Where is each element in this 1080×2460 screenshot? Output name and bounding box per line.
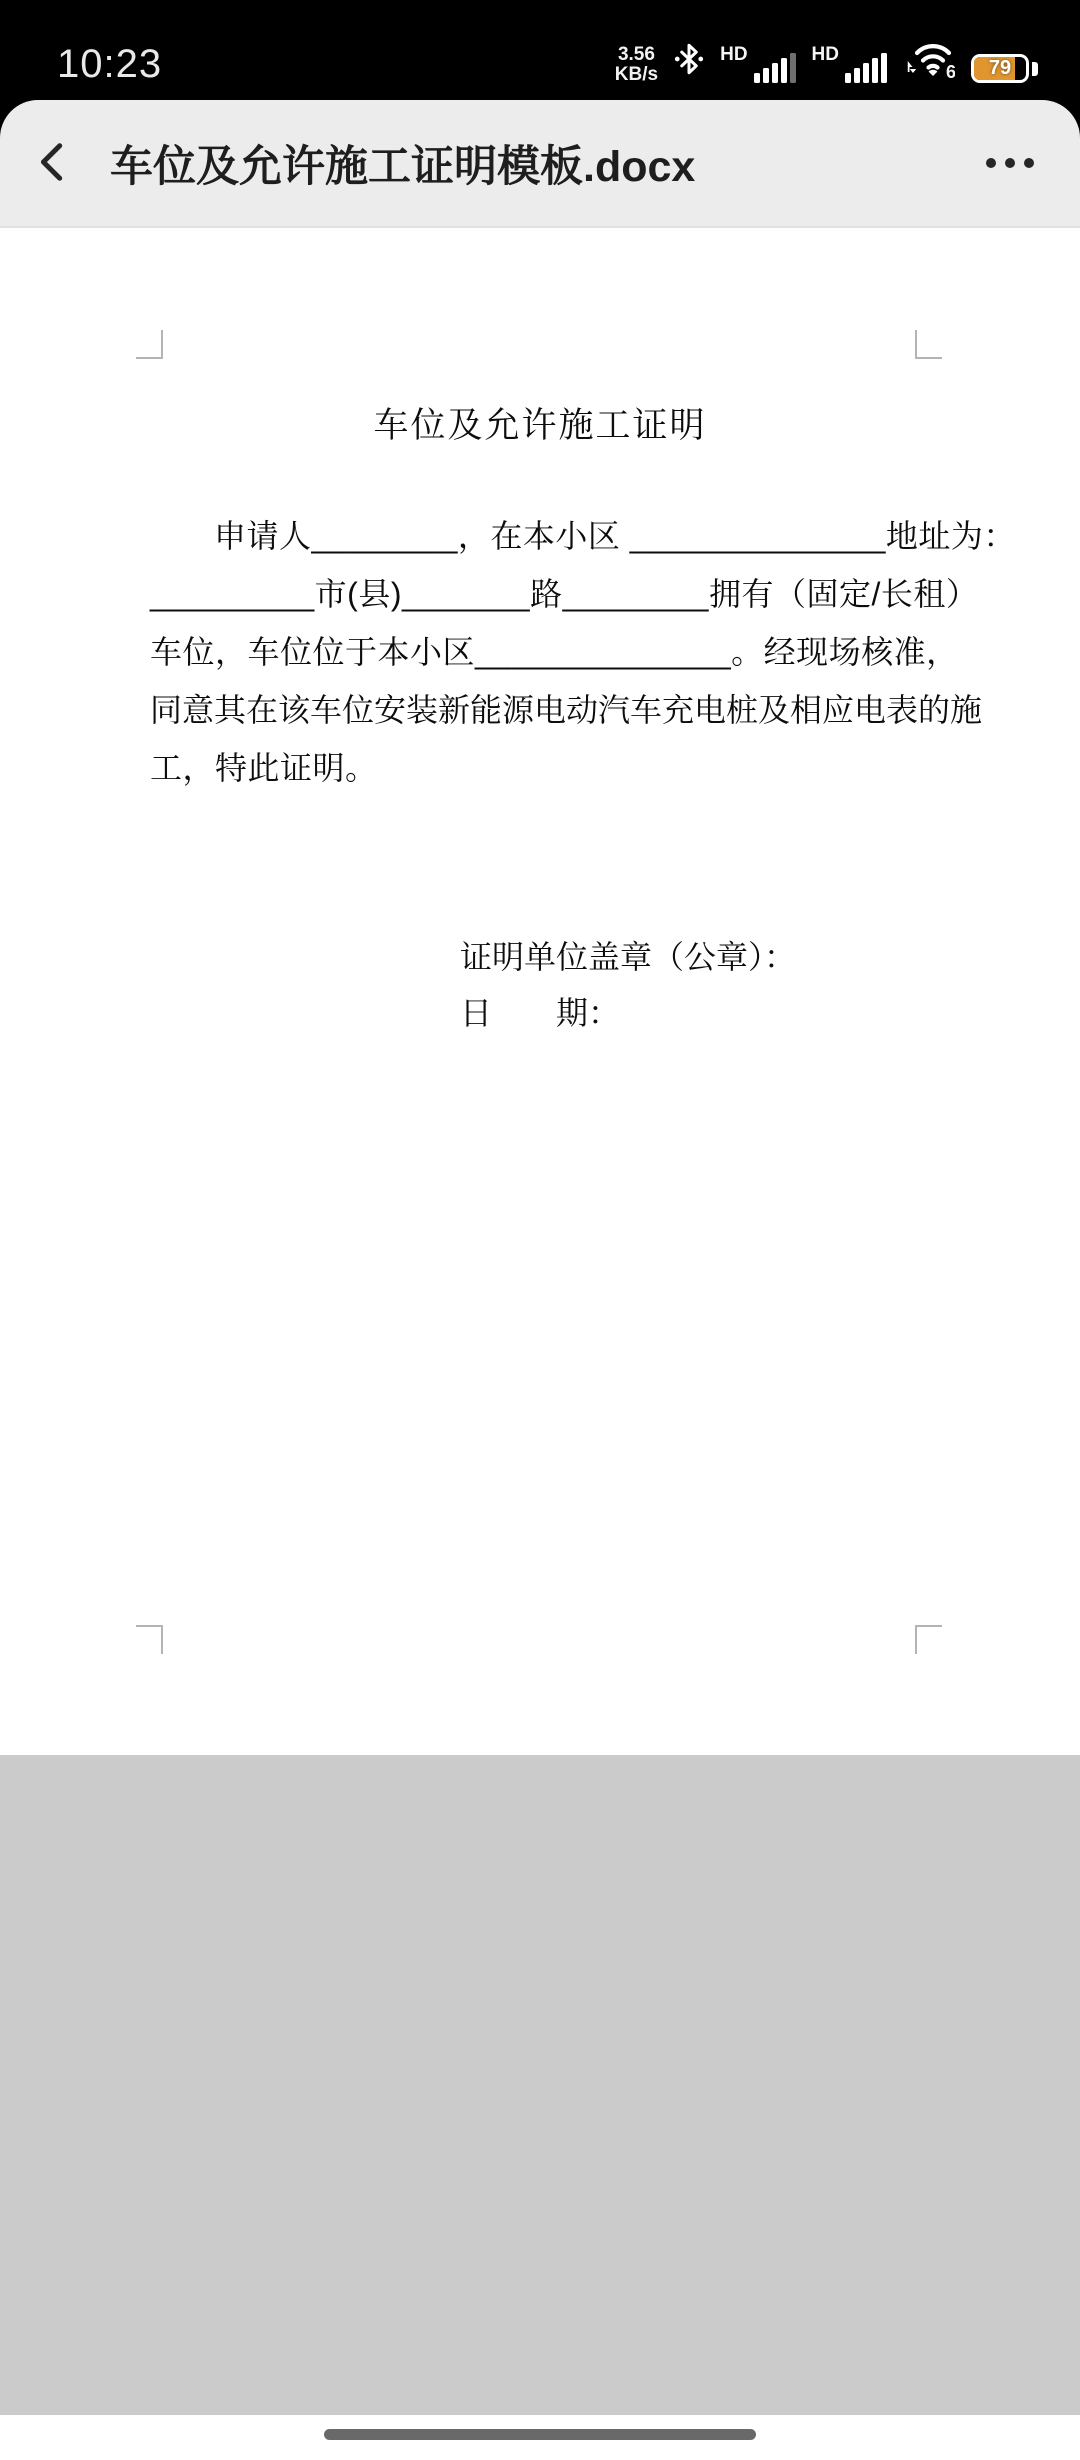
- date-label: 日: [460, 991, 492, 1035]
- sim1-signal-bars-icon: [754, 53, 796, 83]
- phone-screen: 10:23 3.56 KB/s HD: [0, 0, 1080, 2460]
- battery-indicator: 79: [971, 54, 1038, 87]
- page-corner-mark: [136, 1625, 163, 1654]
- ellipsis-icon: [1005, 158, 1015, 168]
- signal-bar: [772, 63, 778, 83]
- back-button[interactable]: [30, 123, 94, 203]
- wifi6-badge: 6: [946, 62, 955, 79]
- ellipsis-icon: [1024, 158, 1034, 168]
- date-suffix: 期：: [556, 991, 620, 1035]
- stamp-signature-line: 证明单位盖章（公章）：: [460, 935, 796, 979]
- sim2-hd-badge: HD: [812, 45, 839, 64]
- ellipsis-icon: [986, 158, 996, 168]
- status-icons: 3.56 KB/s HD: [615, 41, 1038, 87]
- sim2-signal-indicator: HD: [812, 43, 887, 87]
- document-heading: 车位及允许施工证明: [0, 398, 1080, 448]
- sim1-signal-indicator: HD: [720, 43, 795, 87]
- signal-bar: [754, 73, 760, 83]
- battery-cap: [1032, 62, 1038, 76]
- document-text-line: _________市(县)_______路________拥有（固定/长租）: [150, 572, 950, 616]
- signal-bar: [763, 68, 769, 83]
- document-text-line: 车位，车位位于本小区______________。经现场核准，: [150, 630, 950, 674]
- more-options-button[interactable]: [980, 138, 1040, 188]
- home-indicator[interactable]: [324, 2429, 756, 2440]
- page-corner-mark: [136, 330, 163, 359]
- status-time: 10:23: [57, 42, 162, 87]
- app-header: 车位及允许施工证明模板.docx: [0, 100, 1080, 228]
- wifi-icon: 6: [903, 39, 955, 87]
- page-background-gap: [0, 1755, 1080, 2415]
- network-speed-indicator: 3.56 KB/s: [615, 45, 658, 87]
- document-text-line: 工，特此证明。: [150, 746, 950, 790]
- gesture-nav-bar: [0, 2415, 1080, 2460]
- signal-bar: [881, 53, 887, 83]
- network-speed-value: 3.56: [618, 45, 655, 65]
- document-text-line: 同意其在该车位安装新能源电动汽车充电桩及相应电表的施: [150, 688, 950, 732]
- sim2-signal-bars-icon: [845, 53, 887, 83]
- bluetooth-icon: [674, 40, 704, 87]
- signal-bar: [845, 73, 851, 83]
- signal-bar: [872, 58, 878, 83]
- battery-percent: 79: [974, 57, 1026, 80]
- document-text-line: 申请人________，在本小区 ______________地址为：: [150, 514, 950, 558]
- signal-bar: [863, 63, 869, 83]
- signal-bar: [781, 58, 787, 83]
- document-page[interactable]: 车位及允许施工证明 申请人________，在本小区 _____________…: [0, 228, 1080, 1755]
- chevron-left-icon: [30, 139, 76, 188]
- page-corner-mark: [915, 1625, 942, 1654]
- sim1-hd-badge: HD: [720, 45, 747, 64]
- status-bar: 10:23 3.56 KB/s HD: [0, 0, 1080, 100]
- signal-bar: [790, 53, 796, 83]
- battery-icon: 79: [971, 54, 1029, 83]
- page-corner-mark: [915, 330, 942, 359]
- signal-bar: [854, 68, 860, 83]
- date-line: 日 期：: [460, 991, 620, 1035]
- document-title-bar: 车位及允许施工证明模板.docx: [110, 133, 980, 194]
- network-speed-unit: KB/s: [615, 65, 658, 85]
